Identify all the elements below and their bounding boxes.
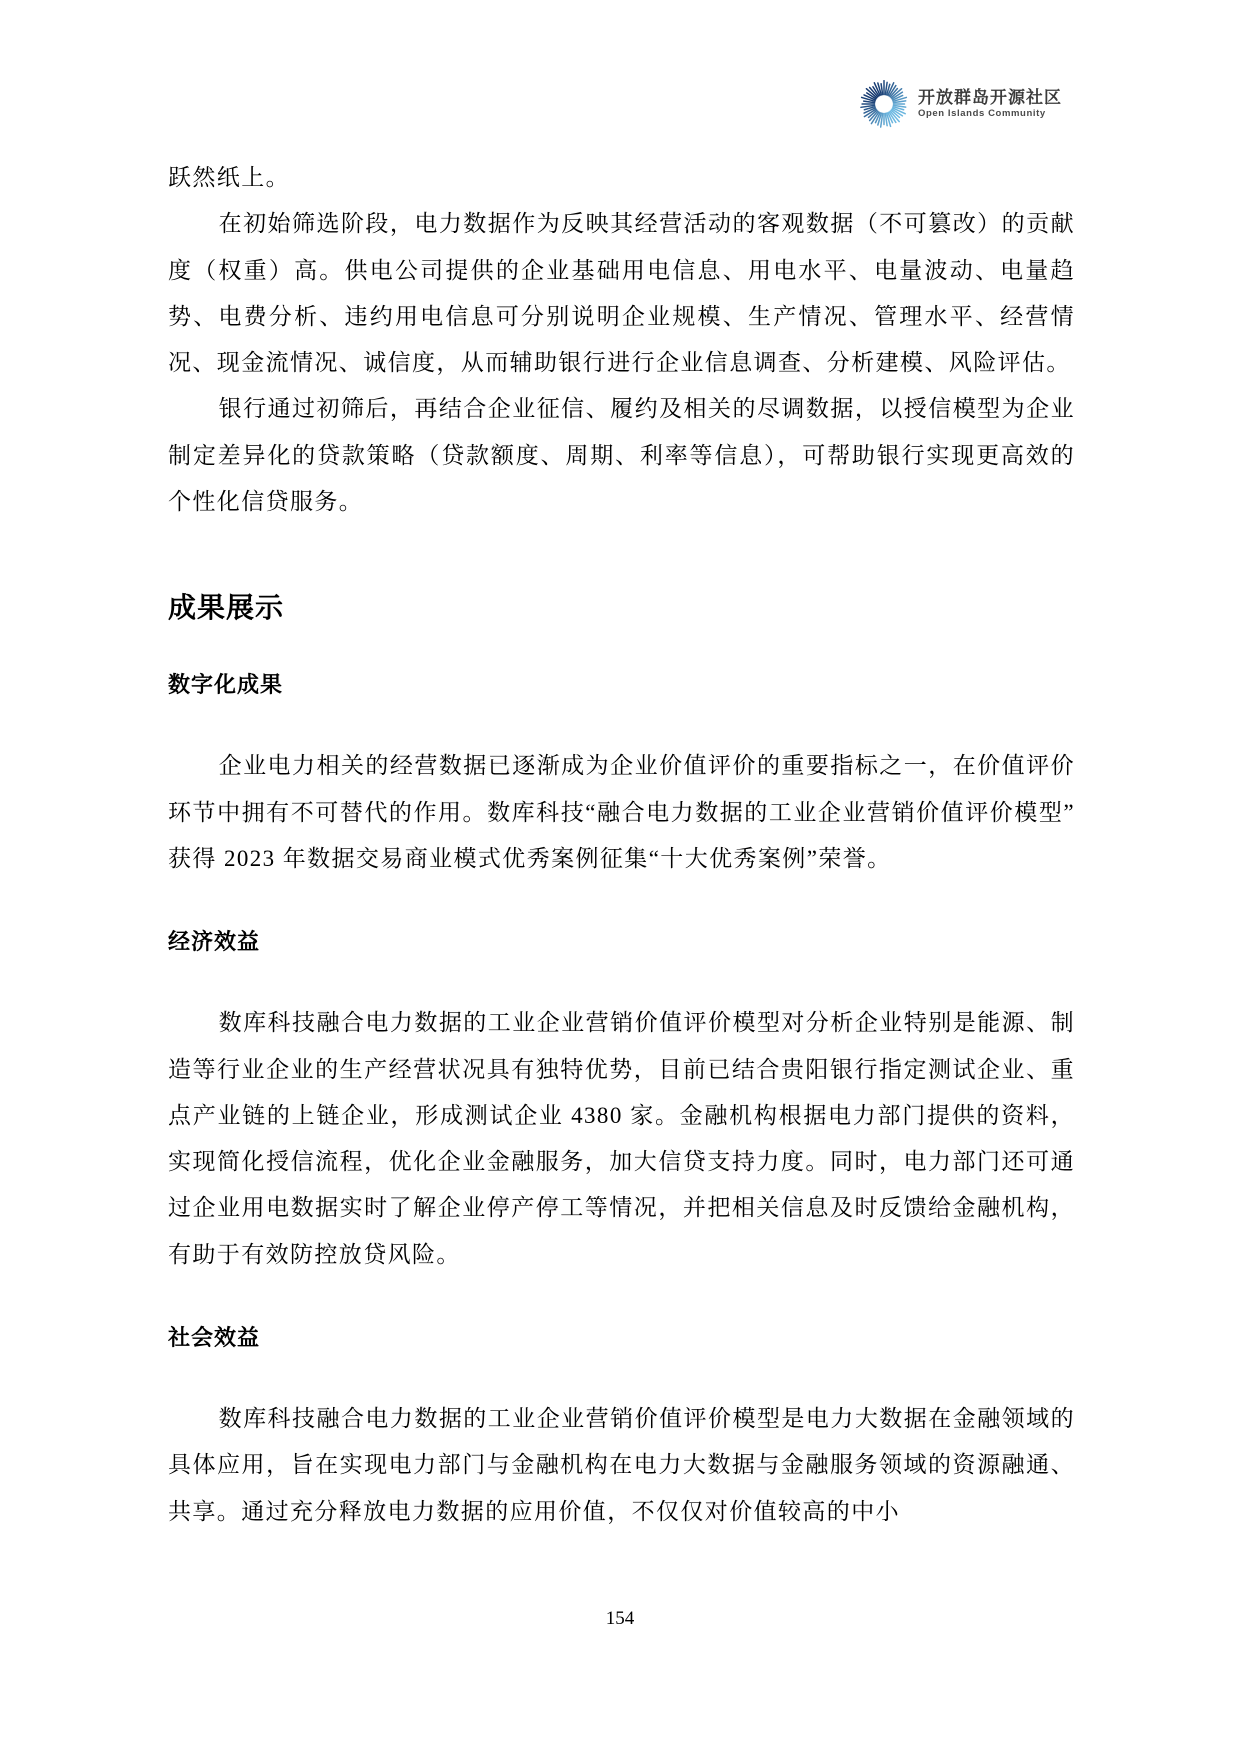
paragraph-continued: 跃然纸上。 — [168, 155, 1075, 201]
paragraph-bank-screening: 银行通过初筛后，再结合企业征信、履约及相关的尽调数据，以授信模型为企业制定差异化… — [168, 386, 1075, 525]
paragraph-digital-results: 企业电力相关的经营数据已逐渐成为企业价值评价的重要指标之一，在价值评价环节中拥有… — [168, 743, 1075, 882]
subsection-title-economic: 经济效益 — [168, 928, 1075, 956]
page-number: 154 — [606, 1608, 635, 1629]
page-footer: 154 — [0, 1608, 1240, 1630]
paragraph-economic-benefits: 数库科技融合电力数据的工业企业营销价值评价模型对分析企业特别是能源、制造等行业企… — [168, 1000, 1075, 1278]
sunburst-icon — [860, 80, 908, 128]
subsection-title-social: 社会效益 — [168, 1324, 1075, 1352]
paragraph-social-benefits: 数库科技融合电力数据的工业企业营销价值评价模型是电力大数据在金融领域的具体应用，… — [168, 1396, 1075, 1535]
subsection-title-digital: 数字化成果 — [168, 671, 1075, 699]
page-content: 跃然纸上。 在初始筛选阶段，电力数据作为反映其经营活动的客观数据（不可篡改）的贡… — [168, 155, 1075, 1535]
logo-title-zh: 开放群岛开源社区 — [918, 87, 1062, 108]
logo-text: 开放群岛开源社区 Open Islands Community — [918, 87, 1062, 121]
document-page: 开放群岛开源社区 Open Islands Community 跃然纸上。 在初… — [0, 0, 1240, 1753]
header-logo: 开放群岛开源社区 Open Islands Community — [860, 80, 1062, 128]
section-title-results: 成果展示 — [168, 591, 1075, 625]
paragraph-initial-screening: 在初始筛选阶段，电力数据作为反映其经营活动的客观数据（不可篡改）的贡献度（权重）… — [168, 201, 1075, 386]
logo-subtitle-en: Open Islands Community — [918, 108, 1062, 120]
